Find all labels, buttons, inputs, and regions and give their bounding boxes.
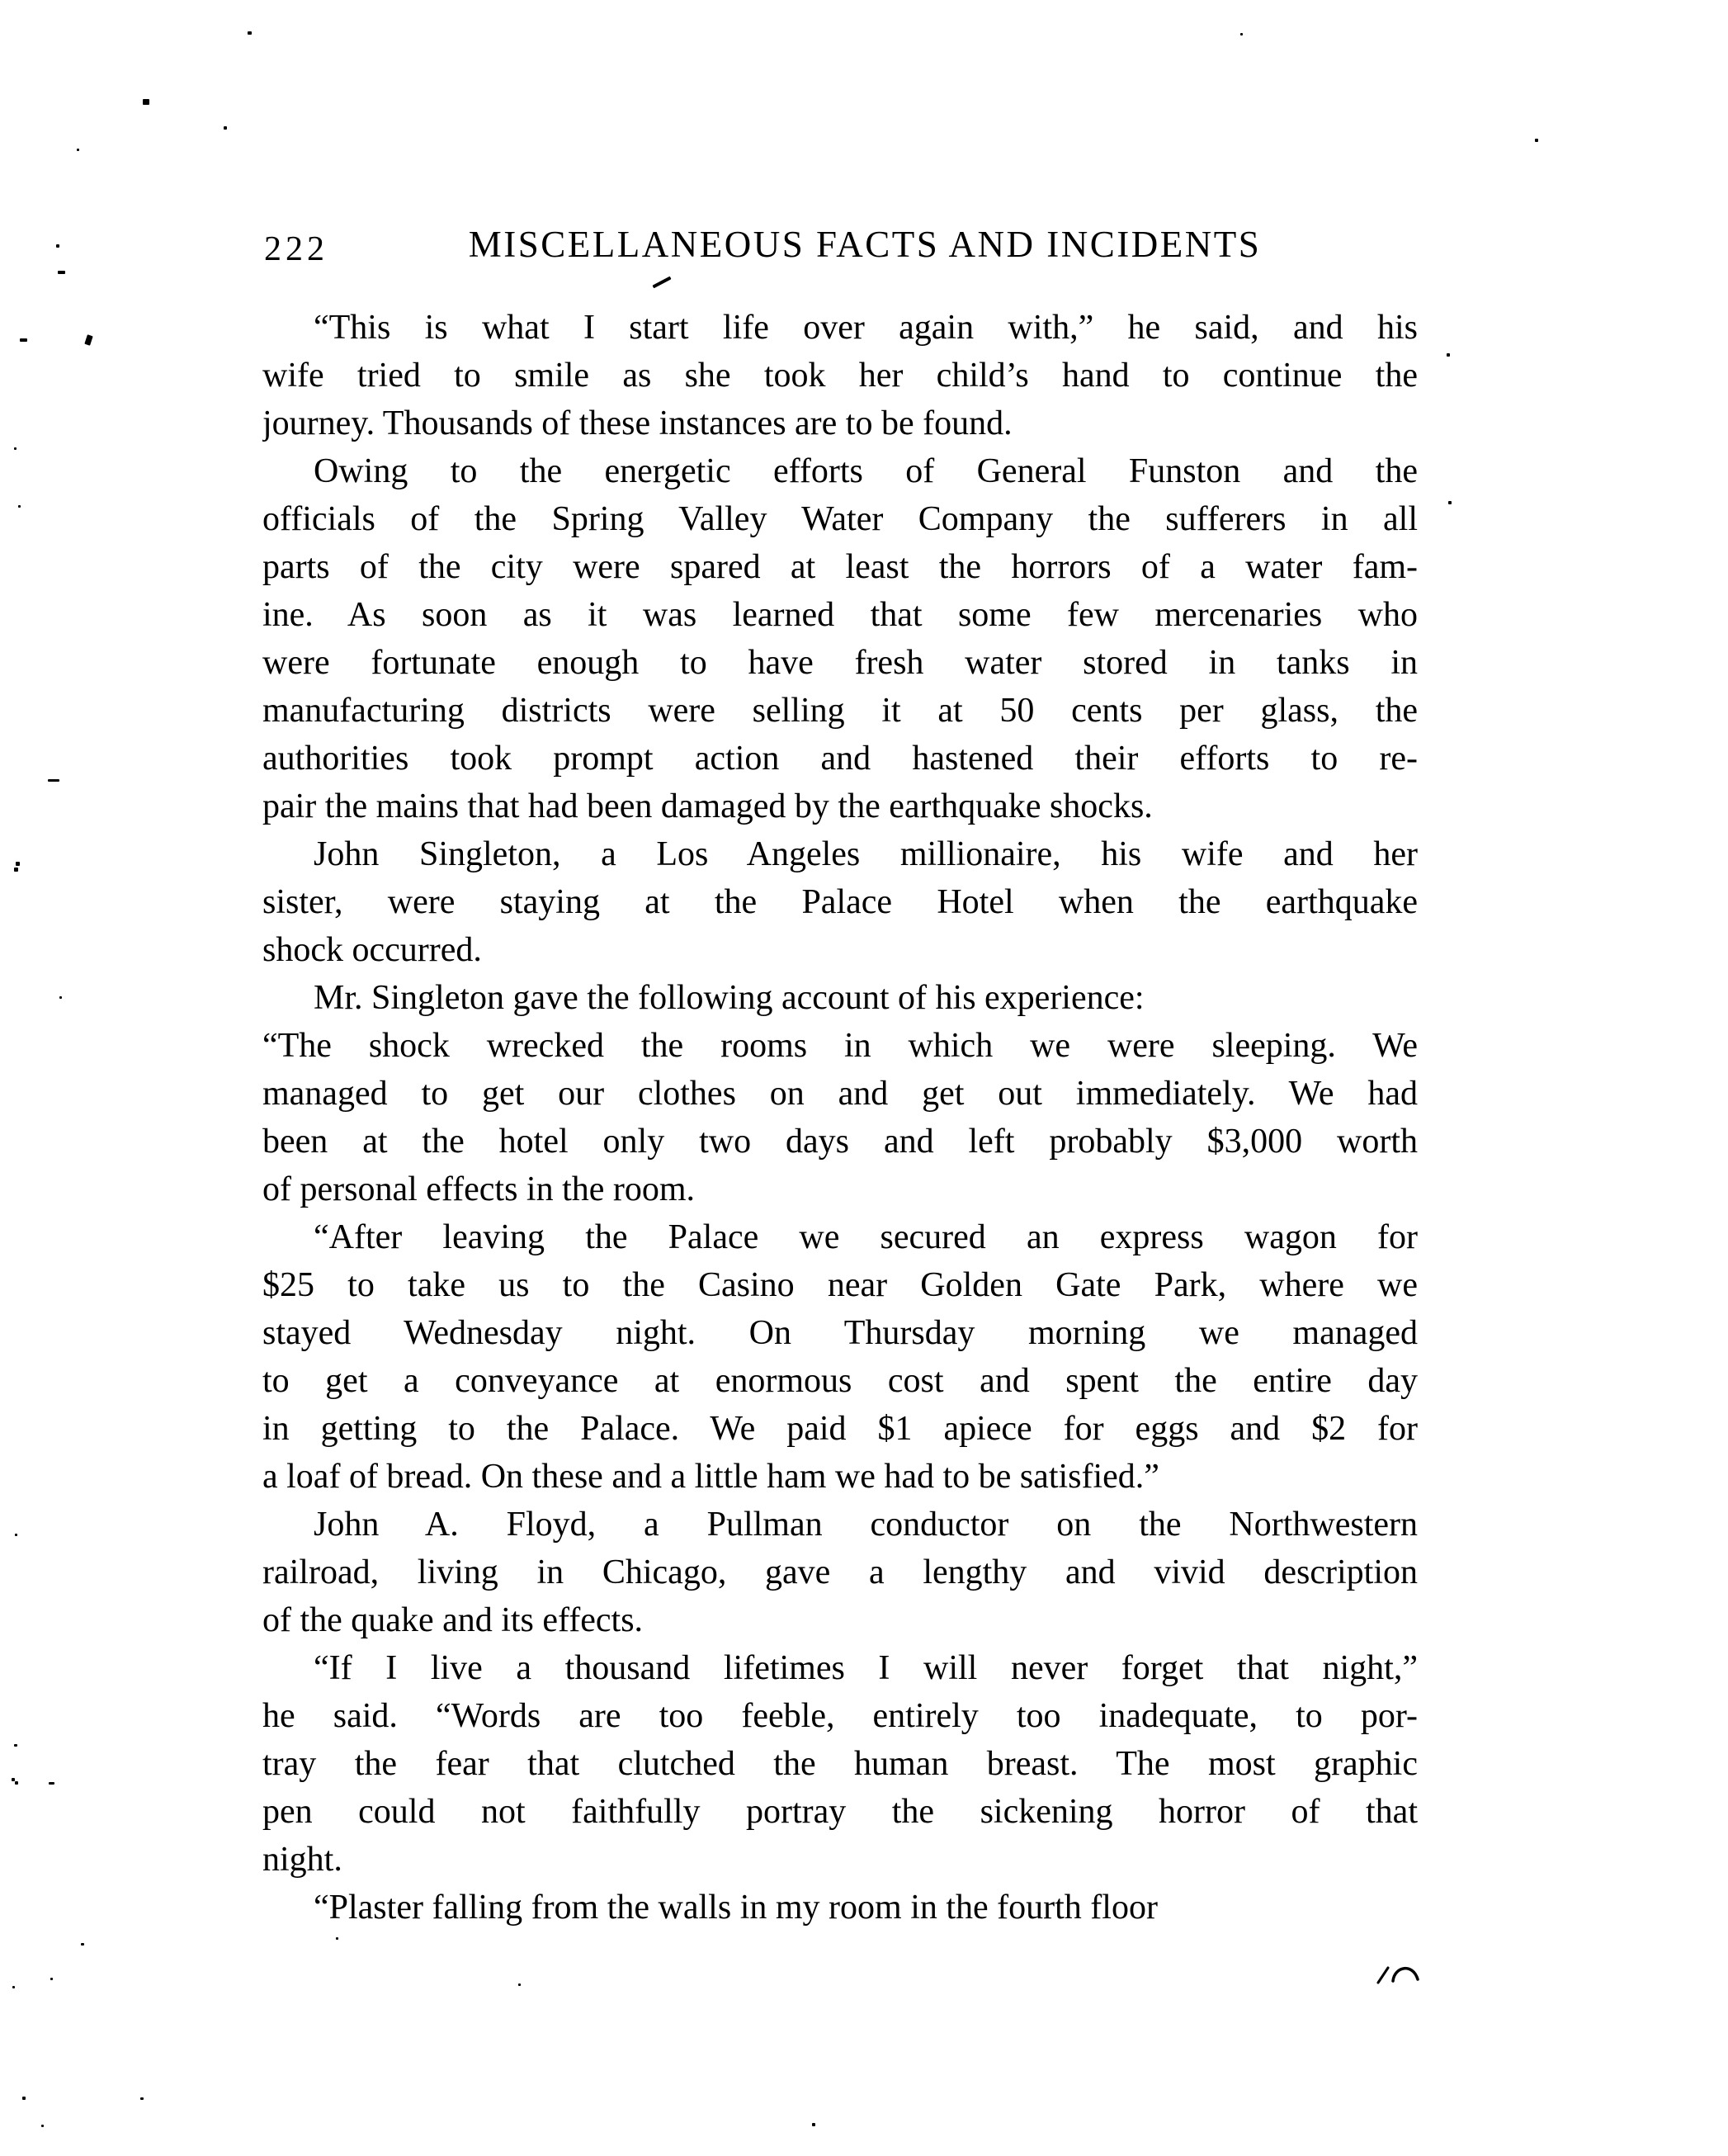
scan-speck bbox=[14, 1744, 17, 1747]
body-line: “This is what I start life over again wi… bbox=[262, 304, 1418, 352]
body-line: of personal effects in the room. bbox=[262, 1165, 1418, 1213]
body-line: John A. Floyd, a Pullman conductor on th… bbox=[262, 1501, 1418, 1548]
body-line: of the quake and its effects. bbox=[262, 1596, 1418, 1644]
body-line: to get a conveyance at enormous cost and… bbox=[262, 1357, 1418, 1405]
scan-speck bbox=[41, 2125, 44, 2127]
page-header: 222 MISCELLANEOUS FACTS AND INCIDENTS bbox=[262, 220, 1418, 269]
body-line: John Singleton, a Los Angeles millionair… bbox=[262, 830, 1418, 878]
body-line: sister, were staying at the Palace Hotel… bbox=[262, 878, 1418, 926]
scan-speck bbox=[59, 996, 62, 999]
scan-speck bbox=[336, 1937, 338, 1940]
body-line: wife tried to smile as she took her chil… bbox=[262, 352, 1418, 400]
body-line: a loaf of bread. On these and a little h… bbox=[262, 1453, 1418, 1501]
body-line: managed to get our clothes on and get ou… bbox=[262, 1070, 1418, 1118]
body-line: were fortunate enough to have fresh wate… bbox=[262, 639, 1418, 687]
body-line: been at the hotel only two days and left… bbox=[262, 1118, 1418, 1165]
body-line: Owing to the energetic efforts of Genera… bbox=[262, 447, 1418, 495]
body-line: pen could not faithfully portray the sic… bbox=[262, 1788, 1418, 1836]
scan-speck bbox=[84, 334, 92, 346]
body-line: pair the mains that had been damaged by … bbox=[262, 782, 1418, 830]
scan-speck bbox=[12, 1986, 15, 1988]
scan-speck bbox=[14, 447, 17, 450]
body-line: $25 to take us to the Casino near Golden… bbox=[262, 1261, 1418, 1309]
body-line: “Plaster falling from the walls in my ro… bbox=[262, 1884, 1418, 1931]
scan-speck bbox=[77, 149, 79, 151]
body-line: parts of the city were spared at least t… bbox=[262, 543, 1418, 591]
scan-speck bbox=[224, 126, 227, 130]
pen-squiggle-mark bbox=[1376, 1958, 1424, 1988]
scan-speck bbox=[56, 244, 59, 248]
scan-speck bbox=[14, 868, 18, 872]
body-text-block: “This is what I start life over again wi… bbox=[262, 304, 1418, 1931]
scan-speck bbox=[652, 277, 671, 289]
scan-speck bbox=[58, 271, 65, 274]
scan-speck bbox=[15, 1781, 18, 1785]
scan-speck bbox=[248, 31, 252, 35]
body-line: “The shock wrecked the rooms in which we… bbox=[262, 1022, 1418, 1070]
body-line: journey. Thousands of these instances ar… bbox=[262, 400, 1418, 447]
scan-speck bbox=[48, 779, 59, 782]
body-line: tray the fear that clutched the human br… bbox=[262, 1740, 1418, 1788]
scan-speck bbox=[812, 2123, 815, 2126]
body-line: railroad, living in Chicago, gave a leng… bbox=[262, 1548, 1418, 1596]
running-header-title: MISCELLANEOUS FACTS AND INCIDENTS bbox=[287, 220, 1442, 269]
scan-speck bbox=[518, 1983, 521, 1986]
body-line: ine. As soon as it was learned that some… bbox=[262, 591, 1418, 639]
body-line: manufacturing districts were selling it … bbox=[262, 687, 1418, 735]
scan-speck bbox=[20, 338, 27, 342]
scan-speck bbox=[50, 1978, 53, 1980]
body-line: “If I live a thousand lifetimes I will n… bbox=[262, 1644, 1418, 1692]
scan-speck bbox=[49, 1782, 54, 1785]
scan-speck bbox=[1447, 353, 1450, 357]
scan-speck bbox=[22, 2097, 26, 2100]
scan-speck bbox=[1448, 501, 1452, 504]
scan-speck bbox=[18, 505, 21, 508]
scan-speck bbox=[81, 1943, 84, 1946]
body-line: stayed Wednesday night. On Thursday morn… bbox=[262, 1309, 1418, 1357]
body-line: officials of the Spring Valley Water Com… bbox=[262, 495, 1418, 543]
scan-speck bbox=[16, 862, 20, 866]
body-line: “After leaving the Palace we secured an … bbox=[262, 1213, 1418, 1261]
body-line: he said. “Words are too feeble, entirely… bbox=[262, 1692, 1418, 1740]
scan-speck bbox=[1240, 33, 1243, 35]
body-line: Mr. Singleton gave the following account… bbox=[262, 974, 1418, 1022]
scan-speck bbox=[143, 99, 149, 105]
scan-speck bbox=[15, 1534, 17, 1536]
body-line: in getting to the Palace. We paid $1 api… bbox=[262, 1405, 1418, 1453]
scan-speck bbox=[140, 2097, 144, 2100]
body-line: shock occurred. bbox=[262, 926, 1418, 974]
scan-speck bbox=[1535, 139, 1538, 142]
body-line: night. bbox=[262, 1836, 1418, 1884]
body-line: authorities took prompt action and haste… bbox=[262, 735, 1418, 782]
scanned-book-page: 222 MISCELLANEOUS FACTS AND INCIDENTS “T… bbox=[0, 0, 1728, 2156]
